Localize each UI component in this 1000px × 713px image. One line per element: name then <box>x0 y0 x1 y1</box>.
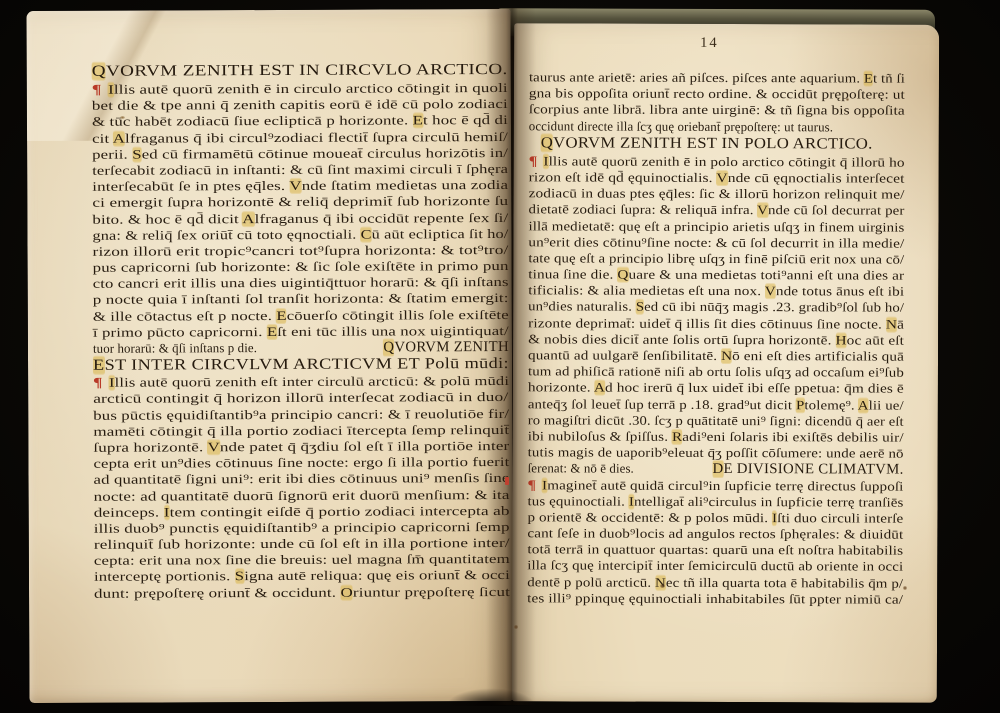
run-in-heading: DE DIVISIONE CLIMATVM. <box>712 461 903 478</box>
line-text: quantū ad uulgarē ſenſibilitatē. Nō eni … <box>528 348 904 363</box>
line-text: tes illi⁹ ppinquę ęquinoctiali inhabitab… <box>527 591 903 606</box>
text-line: illa ſcʒ quę intercipit̄ inter ſemicircu… <box>527 558 903 575</box>
line-text: rizonte deprimat̄: uidet̄ q̄ illis ſit d… <box>528 316 904 331</box>
line-text: p nocte quia ī inſtanti ſol tranſit hori… <box>93 291 509 307</box>
text-line: deinceps. Item contingit eiſdē q̄ portio… <box>94 503 510 521</box>
line-text: cit Alfraganus q̄ ibi circul⁹zodiaci fle… <box>92 130 508 146</box>
line-text: tutis magis de uaporib⁹eleuat q̄ʒ poſſit… <box>528 445 904 460</box>
heading-text: QVORVM ZENITH EST IN POLO ARCTICO. <box>541 134 873 152</box>
line-text: & nobis dies dicit̄ ante ſolis ortū ſupr… <box>528 332 904 347</box>
line-text: & tūc habēt zodiacū ſiue eclipticā p hor… <box>92 113 508 129</box>
text-line: rizon illorū erit tropic⁹cancri tot⁹ſupr… <box>93 242 509 260</box>
text-line-with-run-in-heading: ſerenat: & nō ē dies.DE DIVISIONE CLIMAT… <box>528 461 904 478</box>
line-text: un⁹erit dies cōtinu⁹ſine nocte: & cū ſol… <box>528 235 904 250</box>
left-page: QVORVM ZENITH EST IN CIRCVLO ARCTICO. ¶I… <box>26 9 513 703</box>
line-text: p orientē & occidentē: & p polos mūdi. I… <box>527 510 903 525</box>
pilcrow-mark: ¶ <box>92 82 102 97</box>
text-line-with-run-in-heading: tuor horarū: & q̄ſi inſtans p die.QVORVM… <box>93 339 509 357</box>
heading-text: QVORVM ZENITH EST IN CIRCVLO ARCTICO. <box>92 61 508 80</box>
line-text: anteq̄ʒ ſol leuet̄ ſup terrā p .18. grad… <box>528 397 904 412</box>
line-text: ſerenat: & nō ē dies. <box>528 461 634 478</box>
run-in-heading: QVORVM ZENITH <box>383 339 509 356</box>
line-text: zodiacū in duas ptes ęq̄les: ſic & illor… <box>529 186 905 201</box>
line-text: relinquit̄ ſub horizonte: unde cū ſol eſ… <box>94 536 510 552</box>
text-line: zodiacū in duas ptes ęq̄les: ſic & illor… <box>529 185 905 202</box>
line-text: taurus ante arietē: aries añ piſces. piſ… <box>529 70 905 85</box>
line-text: terſecabit zodiacū in inſtanti: & cū ſin… <box>92 162 508 178</box>
right-text-block: taurus ante arietē: aries añ piſces. piſ… <box>527 69 905 607</box>
text-line: occidunt directe illa ſcʒ quę oriebant̄ … <box>529 118 905 135</box>
left-text-block: QVORVM ZENITH EST IN CIRCVLO ARCTICO. ¶I… <box>92 61 510 602</box>
line-text: ci emergit ſupra horizontē & reliq̄ depr… <box>92 194 508 210</box>
text-line: & nobis dies dicit̄ ante ſolis ortū ſupr… <box>528 331 904 348</box>
text-line: tinua ſine die. Quare & una medietas tot… <box>528 266 904 283</box>
text-line: dunt: prępoſterę oriunt̄ & occidunt. Ori… <box>94 584 510 602</box>
line-text: Illis autē quorū zenith ē in polo arctic… <box>543 154 904 169</box>
line-text: & ille cōtactus eſt p nocte. Ecōuerſo cō… <box>93 308 509 324</box>
section-heading: EST INTER CIRCVLVM ARCTICVM ET Polū mūdi… <box>93 355 509 375</box>
pilcrow-mark: ¶ <box>529 153 538 168</box>
line-text: interceptę portionis. Signa autē reliqua… <box>94 568 510 584</box>
line-text: ſcorpius ante librā. libra ante uirginē:… <box>529 103 905 118</box>
line-text: occidunt directe illa ſcʒ quę oriebant̄ … <box>529 119 833 134</box>
line-text: cant ſeſe in duob⁹locis ad angulos recto… <box>527 526 903 541</box>
text-line: pus capricorni ſub horizonte: & ſic ſole… <box>93 258 509 276</box>
text-line: bus pūctis ęquidiſtantib⁹a principio can… <box>93 406 509 424</box>
line-text: illa ſcʒ quę intercipit̄ inter ſemicircu… <box>527 559 903 574</box>
text-line: ¶Illis autē quorū zenith eſt inter circu… <box>93 373 509 391</box>
line-text: Illis autē quorū zenith eſt inter circul… <box>109 374 509 390</box>
line-text: ſupra horizontē. Vnde patet q̄ q̄ʒdiu ſo… <box>93 439 509 455</box>
line-text: dietatē zodiaci ſupra: & reliquā infra. … <box>529 203 905 218</box>
line-text: bet die & tpe anni q̄ zenith capitis eor… <box>92 97 508 113</box>
line-text: pus capricorni ſub horizonte: & ſic ſole… <box>93 259 509 275</box>
line-text: bito. & hoc ē qd̄ dicit Alfraganus q̄ ib… <box>92 210 508 226</box>
text-line: un⁹erit dies cōtinu⁹ſine nocte: & cū ſol… <box>528 234 904 251</box>
text-line: ī primo pūcto capricorni. Eſt eni tūc il… <box>93 323 509 341</box>
text-line: rizon eſt idē qd̄ ęquinoctialis. Vnde cū… <box>529 169 905 186</box>
line-text: perii. Sed cū firmamētū cōtinue moueat̄ … <box>92 146 508 162</box>
line-text: tinua ſine die. Quare & una medietas tot… <box>528 267 904 282</box>
text-line: ſupra horizontē. Vnde patet q̄ q̄ʒdiu ſo… <box>93 438 509 456</box>
right-page: 14 taurus ante arietē: aries añ piſces. … <box>512 23 939 702</box>
text-line: tutis magis de uaporib⁹eleuat q̄ʒ poſſit… <box>528 444 904 461</box>
rubric-tick <box>505 477 509 485</box>
line-text: rizon illorū erit tropic⁹cancri tot⁹ſupr… <box>93 243 509 259</box>
text-line: tus ęquinoctiali. Intelligat̄ ali⁹circul… <box>527 493 903 510</box>
line-text: cto cancri erit illis una dies uigintiq̄… <box>93 275 509 291</box>
line-text: bus pūctis ęquidiſtantib⁹a principio can… <box>93 407 509 423</box>
line-text: Illis autē quorū zenith ē in circulo arc… <box>108 81 508 97</box>
text-line: arcticū contingit q̄ horizon illorū inte… <box>93 389 509 407</box>
line-text: nocte: ad quantitatē duorū ſignorū erit … <box>94 487 510 503</box>
text-line: taurus ante arietē: aries añ piſces. piſ… <box>529 69 905 86</box>
text-line: tate quę eſt a principio librę uſqʒ in f… <box>528 250 904 267</box>
line-text: deinceps. Item contingit eiſdē q̄ portio… <box>94 504 510 520</box>
text-line: ro magiſtri dicūt .30. ſcʒ p quātitatē u… <box>528 412 904 429</box>
line-text: cepta: erit una nox ſine die breuis: uel… <box>94 552 510 568</box>
line-text: tate quę eſt a principio librę uſqʒ in f… <box>528 251 904 266</box>
text-line: horizonte. Ad hoc irerū q̄ lux uidet̄ ib… <box>528 380 904 397</box>
line-text: dentē p polū arcticū. Nec tñ illa quarta… <box>527 575 903 590</box>
text-line: dietatē zodiaci ſupra: & reliquā infra. … <box>529 202 905 219</box>
text-line: quantū ad uulgarē ſenſibilitatē. Nō eni … <box>528 347 904 364</box>
line-text: un⁹dies naturalis. Sed cū ibi nūq̄ʒ magi… <box>528 300 904 315</box>
text-line: un⁹dies naturalis. Sed cū ibi nūq̄ʒ magi… <box>528 299 904 316</box>
line-text: ibi nubiloſus & ſpiſſus. Radi⁹eni ſolari… <box>528 429 904 444</box>
line-text: cepta erit un⁹dies cōtinuus ſine nocte: … <box>93 455 509 471</box>
line-text: Imaginet̄ autē quidā circul⁹in ſupficie … <box>542 478 903 493</box>
text-line: interceptę portionis. Signa autē reliqua… <box>94 567 510 585</box>
pilcrow-mark: ¶ <box>528 477 537 492</box>
text-line: & ille cōtactus eſt p nocte. Ecōuerſo cō… <box>93 307 509 325</box>
line-text: tus ęquinoctiali. Intelligat̄ ali⁹circul… <box>527 494 903 509</box>
photo-background: { "page_number": "14", "pilcrow": "¶", "… <box>0 0 1000 713</box>
text-line: dentē p polū arcticū. Nec tñ illa quarta… <box>527 574 903 591</box>
text-line: ¶Imaginet̄ autē quidā circul⁹in ſupficie… <box>528 477 904 494</box>
text-line: illā medietatē: quę eſt a principio arie… <box>528 218 904 235</box>
text-line: ci emergit ſupra horizontē & reliq̄ depr… <box>92 193 508 211</box>
text-line: terſecabit zodiacū in inſtanti: & cū ſin… <box>92 161 508 179</box>
line-text: rizon eſt idē qd̄ ęquinoctialis. Vnde cū… <box>529 170 905 185</box>
text-line: interſecabūt ſe in ptes ęq̄les. Vnde ſta… <box>92 177 508 195</box>
line-text: mamēti cōtingit q̄ illa portio zodiaci ī… <box>93 423 509 439</box>
text-line: cepta erit un⁹dies cōtinuus ſine nocte: … <box>93 454 509 472</box>
text-line: tum ad phiſicā rationē niſi ab ortu ſoli… <box>528 363 904 380</box>
line-text: tuor horarū: & q̄ſi inſtans p die. <box>93 340 257 357</box>
text-line: bet die & tpe anni q̄ zenith capitis eor… <box>92 96 508 114</box>
text-line: p nocte quia ī inſtanti ſol tranſit hori… <box>93 290 509 308</box>
text-line: tes illi⁹ ppinquę ęquinoctiali inhabitab… <box>527 590 903 607</box>
line-text: ad quantitatē ſigni uni⁹: erit ibi dies … <box>94 471 510 487</box>
line-text: interſecabūt ſe in ptes ęq̄les. Vnde ſta… <box>92 178 508 194</box>
line-text: illā medietatē: quę eſt a principio arie… <box>528 219 904 234</box>
text-line: cant ſeſe in duob⁹locis ad angulos recto… <box>527 525 903 542</box>
text-line: & tūc habēt zodiacū ſiue eclipticā p hor… <box>92 112 508 130</box>
heading-text: EST INTER CIRCVLVM ARCTICVM ET Polū mūdi… <box>93 355 509 374</box>
text-line: mamēti cōtingit q̄ illa portio zodiaci ī… <box>93 422 509 440</box>
line-text: arcticū contingit q̄ horizon illorū inte… <box>93 390 508 406</box>
line-text: illis duob⁹ punctis ęquidiſtantib⁹ a pri… <box>94 520 510 536</box>
line-text: dunt: prępoſterę oriunt̄ & occidunt. Ori… <box>94 585 510 601</box>
line-text: tum ad phiſicā rationē niſi ab ortu ſoli… <box>528 364 904 379</box>
text-line: gna bis oppoſita oriunt̄ recto ordine. &… <box>529 85 905 102</box>
line-text: horizonte. Ad hoc irerū q̄ lux uidet̄ ib… <box>528 381 904 396</box>
line-text: ro magiſtri dicūt .30. ſcʒ p quātitatē u… <box>528 413 904 428</box>
text-line: cepta: erit una nox ſine die breuis: uel… <box>94 551 510 569</box>
text-line: ¶Illis autē quorū zenith ē in polo arcti… <box>529 153 905 170</box>
section-heading: QVORVM ZENITH EST IN CIRCVLO ARCTICO. <box>92 61 508 82</box>
text-line: relinquit̄ ſub horizonte: unde cū ſol eſ… <box>94 535 510 553</box>
line-text: ī primo pūcto capricorni. Eſt eni tūc il… <box>93 324 509 340</box>
text-line: p orientē & occidentē: & p polos mūdi. I… <box>527 509 903 526</box>
line-text: gna: & reliq̄ ſex oriūt̄ cū toto ęqnocti… <box>92 227 508 243</box>
line-text: tificialis: & alia medietas eſt una nox.… <box>528 284 904 299</box>
page-number: 14 <box>700 35 719 52</box>
text-line: ¶Illis autē quorū zenith ē in circulo ar… <box>92 80 508 98</box>
text-line: illis duob⁹ punctis ęquidiſtantib⁹ a pri… <box>94 519 510 537</box>
text-line: rizonte deprimat̄: uidet̄ q̄ illis ſit d… <box>528 315 904 332</box>
text-line: cit Alfraganus q̄ ibi circul⁹zodiaci fle… <box>92 129 508 147</box>
line-text: totā terrā in quattuor quartas: quarū un… <box>527 543 903 558</box>
text-line: ibi nubiloſus & ſpiſſus. Radi⁹eni ſolari… <box>528 428 904 445</box>
text-line: perii. Sed cū firmamētū cōtinue moueat̄ … <box>92 145 508 163</box>
text-line: anteq̄ʒ ſol leuet̄ ſup terrā p .18. grad… <box>528 396 904 413</box>
text-line: nocte: ad quantitatē duorū ſignorū erit … <box>94 486 510 504</box>
text-line: ad quantitatē ſigni uni⁹: erit ibi dies … <box>94 470 510 488</box>
text-line: tificialis: & alia medietas eſt una nox.… <box>528 283 904 300</box>
text-line: totā terrā in quattuor quartas: quarū un… <box>527 542 903 559</box>
text-line: cto cancri erit illis una dies uigintiq̄… <box>93 274 509 292</box>
section-heading: QVORVM ZENITH EST IN POLO ARCTICO. <box>529 134 905 154</box>
pilcrow-mark: ¶ <box>93 375 103 390</box>
text-line: gna: & reliq̄ ſex oriūt̄ cū toto ęqnocti… <box>92 226 508 244</box>
text-line: bito. & hoc ē qd̄ dicit Alfraganus q̄ ib… <box>92 209 508 227</box>
line-text: gna bis oppoſita oriunt̄ recto ordine. &… <box>529 86 905 101</box>
text-line: ſcorpius ante librā. libra ante uirginē:… <box>529 102 905 119</box>
